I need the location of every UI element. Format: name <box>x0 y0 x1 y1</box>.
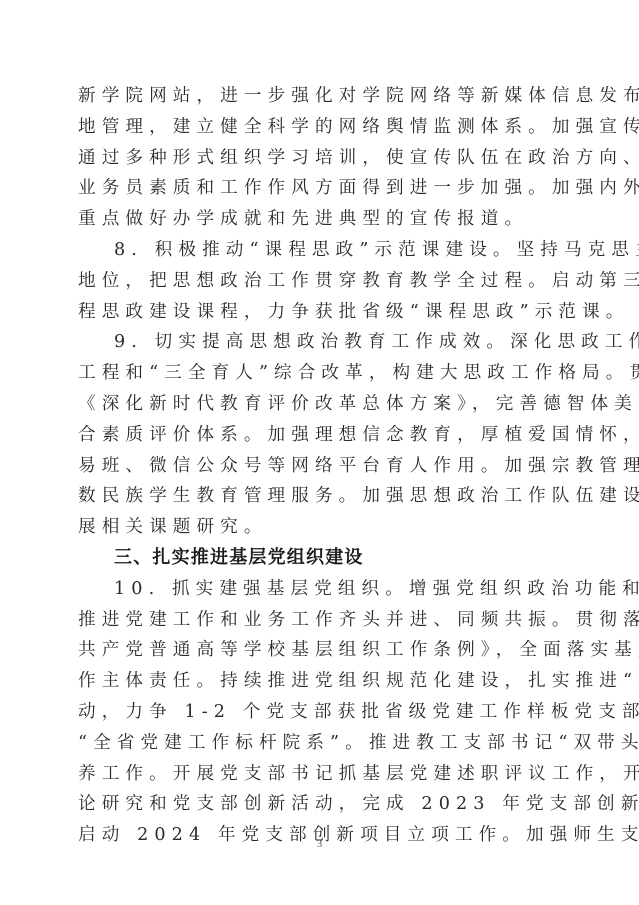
section-heading: 三、扎实推进基层党组织建设 <box>78 543 564 574</box>
text-line: 8. 积极推动“课程思政”示范课建设。坚持马克思主义指导 <box>78 235 564 266</box>
text-line: 作主体责任。持续推进党组织规范化建设，扎实推进“双创”活 <box>78 666 564 697</box>
text-line: 10. 抓实建强基层党组织。增强党组织政治功能和组织功能， <box>78 574 564 605</box>
text-line: 《深化新时代教育评价改革总体方案》，完善德智体美劳学生综 <box>78 389 564 420</box>
page-number: 3 <box>0 838 639 850</box>
text-line: 工程和“三全育人”综合改革，构建大思政工作格局。贯彻落实 <box>78 358 564 389</box>
text-line: 合素质评价体系。加强理想信念教育，厚植爱国情怀，积极发挥 <box>78 420 564 451</box>
text-line: 地管理，建立健全科学的网络舆情监测体系。加强宣传队伍建设， <box>78 112 564 143</box>
paragraph-item-10: 10. 抓实建强基层党组织。增强党组织政治功能和组织功能， 推进党建工作和业务工… <box>78 574 564 851</box>
text-line: 养工作。开展党支部书记抓基层党建述职评议工作，开展党建理 <box>78 759 564 790</box>
paragraph-media-publicity: 新学院网站，进一步强化对学院网络等新媒体信息发布平台的阵 地管理，建立健全科学的… <box>78 81 564 235</box>
text-line: 论研究和党支部创新活动，完成 2023 年党支部创新项目结项工作， <box>78 789 564 820</box>
text-line: 数民族学生教育管理服务。加强思想政治工作队伍建设，积极开 <box>78 481 564 512</box>
paragraph-item-9: 9. 切实提高思想政治教育工作成效。深化思政工作质量提升 工程和“三全育人”综合… <box>78 327 564 543</box>
text-line: 地位，把思想政治工作贯穿教育教学全过程。启动第三批院级课 <box>78 266 564 297</box>
text-line: 共产党普通高等学校基层组织工作条例》，全面落实基层党建工 <box>78 635 564 666</box>
text-line: 程思政建设课程，力争获批省级“课程思政”示范课。 <box>78 297 564 328</box>
text-line: 重点做好办学成就和先进典型的宣传报道。 <box>78 204 564 235</box>
text-line: 新学院网站，进一步强化对学院网络等新媒体信息发布平台的阵 <box>78 81 564 112</box>
text-line: 业务员素质和工作作风方面得到进一步加强。加强内外宣传工作， <box>78 173 564 204</box>
text-line: 展相关课题研究。 <box>78 512 564 543</box>
text-line: “全省党建工作标杆院系”。推进教工支部书记“双带头人”培 <box>78 728 564 759</box>
text-line: 通过多种形式组织学习培训，使宣传队伍在政治方向、理论水平、 <box>78 143 564 174</box>
document-page: 新学院网站，进一步强化对学院网络等新媒体信息发布平台的阵 地管理，建立健全科学的… <box>0 0 639 905</box>
paragraph-item-8: 8. 积极推动“课程思政”示范课建设。坚持马克思主义指导 地位，把思想政治工作贯… <box>78 235 564 327</box>
document-body: 新学院网站，进一步强化对学院网络等新媒体信息发布平台的阵 地管理，建立健全科学的… <box>78 81 564 851</box>
text-line: 动，力争 1-2 个党支部获批省级党建工作样板党支部，努力争创 <box>78 697 564 728</box>
text-line: 易班、微信公众号等网络平台育人作用。加强宗教管理，做好少 <box>78 451 564 482</box>
text-line: 推进党建工作和业务工作齐头并进、同频共振。贯彻落实《中国 <box>78 605 564 636</box>
text-line: 9. 切实提高思想政治教育工作成效。深化思政工作质量提升 <box>78 327 564 358</box>
